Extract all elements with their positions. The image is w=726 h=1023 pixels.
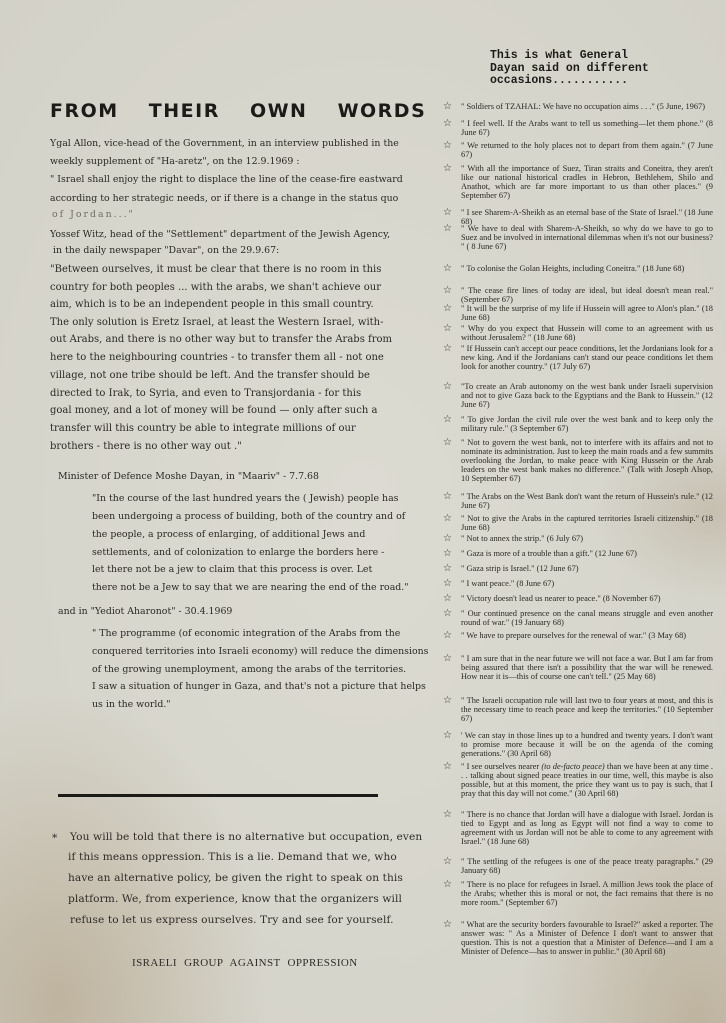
quote-text: " If Hussein can't accept our peace cond… — [461, 344, 713, 371]
quote-item: ☆" We have to prepare ourselves for the … — [443, 631, 718, 641]
dayan-yediot-quote-line: conquered territories into Israeli econo… — [92, 646, 428, 657]
star-icon: ☆ — [443, 880, 461, 907]
weitz-quote-line: out Arabs, and there is no other way but… — [50, 334, 392, 345]
dayan-maariv-quote-line: "In the course of the last hundred years… — [92, 493, 398, 504]
footnote-line: have an alternative policy, be given the… — [68, 872, 403, 884]
quote-item: ☆" It will be the surprise of my life if… — [443, 304, 718, 322]
quote-text: " It will be the surprise of my life if … — [461, 304, 713, 322]
star-icon: ☆ — [443, 564, 461, 574]
quote-text: " Not to govern the west bank, not to in… — [461, 438, 713, 483]
quote-item: ☆" The Israeli occupation rule will last… — [443, 696, 718, 723]
star-icon: ☆ — [443, 164, 461, 200]
quote-text: " What are the security borders favourab… — [461, 920, 713, 956]
star-icon: ☆ — [443, 382, 461, 409]
weitz-intro-line: Yossef Witz, head of the "Settlement" de… — [50, 229, 390, 240]
star-icon: ☆ — [443, 920, 461, 956]
weitz-quote-line: here to the neighbouring countries - to … — [50, 352, 384, 363]
footnote-marker: * — [52, 832, 57, 844]
quote-item: ☆" The cease fire lines of today are ide… — [443, 286, 718, 304]
quote-item: ☆" Gaza strip is Israel." (12 June 67) — [443, 564, 718, 574]
quote-item: ☆" There is no chance that Jordan will h… — [443, 810, 718, 846]
dayan-yediot-quote-line: of the growing unemployment, among the a… — [92, 664, 406, 675]
star-icon: ☆ — [443, 286, 461, 304]
dayan-yediot-quote-line: " The programme (of economic integration… — [92, 628, 400, 639]
quote-item: ☆" Not to annex the strip." (6 July 67) — [443, 534, 718, 544]
dayan-yediot-quote-line: us in the world." — [92, 699, 171, 710]
dayan-maariv-quote-line: settlements, and of colonization to enla… — [92, 547, 384, 558]
quote-text: " To colonise the Golan Heights, includi… — [461, 264, 713, 274]
quote-text: " I see ourselves nearer (to de-facto pe… — [461, 762, 713, 798]
star-icon: ☆ — [443, 492, 461, 510]
dayan-maariv-quote-line: there not be a Jew to say that we are ne… — [92, 582, 409, 593]
quote-text: " I feel well. If the Arabs want to tell… — [461, 119, 713, 137]
quote-item: ☆" We have to deal with Sharem-A-Sheikh,… — [443, 224, 718, 251]
weitz-quote-line: goal money, and a lot of money will be f… — [50, 405, 377, 416]
quote-text: " With all the importance of Suez, Tiran… — [461, 164, 713, 200]
quote-item: ☆" I want peace." (8 June 67) — [443, 579, 718, 589]
dayan-maariv-quote-line: the people, a process of enlarging, of a… — [92, 529, 365, 540]
footnote-line: refuse to let us express ourselves. Try … — [70, 914, 394, 926]
quote-item: ☆" With all the importance of Suez, Tira… — [443, 164, 718, 200]
page-title: FROM THEIR OWN WORDS — [50, 100, 426, 122]
quote-text: " There is no chance that Jordan will ha… — [461, 810, 713, 846]
dayan-maariv-intro: Minister of Defence Moshe Dayan, in "Maa… — [58, 471, 319, 482]
allon-quote-line: " Israel shall enjoy the right to displa… — [50, 174, 403, 185]
quote-item: ☆" Soldiers of TZAHAL: We have no occupa… — [443, 102, 718, 112]
dayan-maariv-quote-line: let there not be a jew to claim that thi… — [92, 564, 372, 575]
quote-text: " I am sure that in the near future we w… — [461, 654, 713, 681]
quote-text: " The Israeli occupation rule will last … — [461, 696, 713, 723]
star-icon: ☆ — [443, 549, 461, 559]
quote-item: ☆" Gaza is more of a trouble than a gift… — [443, 549, 718, 559]
quote-item: ☆" I am sure that in the near future we … — [443, 654, 718, 681]
star-icon: ☆ — [443, 696, 461, 723]
quote-text: " Soldiers of TZAHAL: We have no occupat… — [461, 102, 713, 112]
quote-item: ☆" The settling of the refugees is one o… — [443, 857, 718, 875]
star-icon: ☆ — [443, 324, 461, 342]
star-icon: ☆ — [443, 344, 461, 371]
quote-text: ' We can stay in those lines up to a hun… — [461, 731, 713, 758]
star-icon: ☆ — [443, 857, 461, 875]
star-icon: ☆ — [443, 119, 461, 137]
weitz-quote-line: aim, which is to be an independent peopl… — [50, 299, 374, 310]
star-icon: ☆ — [443, 304, 461, 322]
weitz-intro-line: in the daily newspaper "Davar", on the 2… — [53, 245, 279, 256]
star-icon: ☆ — [443, 102, 461, 112]
quote-item: ☆" Why do you expect that Hussein will c… — [443, 324, 718, 342]
weitz-quote-line: brothers - there is no other way out ." — [50, 441, 242, 452]
quote-text: " We have to prepare ourselves for the r… — [461, 631, 713, 641]
quote-text: " I want peace." (8 June 67) — [461, 579, 713, 589]
footnote-line: if this means oppression. This is a lie.… — [68, 851, 397, 863]
quote-text: " Gaza strip is Israel." (12 June 67) — [461, 564, 713, 574]
quote-text: " Our continued presence on the canal me… — [461, 609, 713, 627]
quote-item: ☆" To colonise the Golan Heights, includ… — [443, 264, 718, 274]
right-heading-line: This is what General — [490, 50, 690, 63]
quote-item: ☆" I see ourselves nearer (to de-facto p… — [443, 762, 718, 798]
quote-text: " Why do you expect that Hussein will co… — [461, 324, 713, 342]
quote-text: " To give Jordan the civil rule over the… — [461, 415, 713, 433]
quote-item: ☆" There is no place for refugees in Isr… — [443, 880, 718, 907]
quote-text: " Victory doesn't lead us nearer to peac… — [461, 594, 713, 604]
quote-item: ☆" What are the security borders favoura… — [443, 920, 718, 956]
quote-text: " The cease fire lines of today are idea… — [461, 286, 713, 304]
quote-item: ☆" Not to govern the west bank, not to i… — [443, 438, 718, 483]
quote-item: ☆" The Arabs on the West Bank don't want… — [443, 492, 718, 510]
star-icon: ☆ — [443, 415, 461, 433]
quote-text: " Not to give the Arabs in the captured … — [461, 514, 713, 532]
quote-text: " Gaza is more of a trouble than a gift.… — [461, 549, 713, 559]
quote-text: " The Arabs on the West Bank don't want … — [461, 492, 713, 510]
quote-text: "To create an Arab autonomy on the west … — [461, 382, 713, 409]
star-icon: ☆ — [443, 810, 461, 846]
weitz-quote-line: directed to Irak, to Syria, and even to … — [50, 388, 361, 399]
dayan-maariv-quote-line: been undergoing a process of building, b… — [92, 511, 405, 522]
quote-text: " Not to annex the strip." (6 July 67) — [461, 534, 713, 544]
quote-item: ☆" Victory doesn't lead us nearer to pea… — [443, 594, 718, 604]
right-heading: This is what General Dayan said on diffe… — [490, 50, 690, 88]
signature: ISRAELI GROUP AGAINST OPPRESSION — [132, 957, 358, 969]
weitz-quote-line: The only solution is Eretz Israel, at le… — [50, 317, 383, 328]
allon-quote-line: according to her strategic needs, or if … — [50, 193, 398, 204]
section-divider — [58, 794, 378, 797]
allon-intro-line: Ygal Allon, vice-head of the Government,… — [50, 138, 399, 149]
star-icon: ☆ — [443, 609, 461, 627]
quote-text: " The settling of the refugees is one of… — [461, 857, 713, 875]
quote-text: " There is no place for refugees in Isra… — [461, 880, 713, 907]
quote-item: ☆" We returned to the holy places not to… — [443, 141, 718, 159]
star-icon: ☆ — [443, 224, 461, 251]
star-icon: ☆ — [443, 631, 461, 641]
star-icon: ☆ — [443, 731, 461, 758]
quote-item: ☆" Not to give the Arabs in the captured… — [443, 514, 718, 532]
weitz-quote-line: country for both peoples ... with the ar… — [50, 282, 381, 293]
quote-item: ☆" I feel well. If the Arabs want to tel… — [443, 119, 718, 137]
star-icon: ☆ — [443, 534, 461, 544]
quote-text: " We returned to the holy places not to … — [461, 141, 713, 159]
star-icon: ☆ — [443, 438, 461, 483]
quote-text: " We have to deal with Sharem-A-Sheikh, … — [461, 224, 713, 251]
dayan-yediot-quote-line: I saw a situation of hunger in Gaza, and… — [92, 681, 426, 692]
allon-quote-line: of Jordan..." — [52, 209, 135, 220]
quote-item: ☆"To create an Arab autonomy on the west… — [443, 382, 718, 409]
star-icon: ☆ — [443, 579, 461, 589]
dayan-yediot-intro: and in "Yediot Aharonot" - 30.4.1969 — [58, 606, 232, 617]
footnote-line: platform. We, from experience, know that… — [68, 893, 402, 905]
star-icon: ☆ — [443, 654, 461, 681]
weitz-quote-line: "Between ourselves, it must be clear tha… — [50, 264, 381, 275]
star-icon: ☆ — [443, 762, 461, 798]
quote-italic: (to de-facto peace) — [541, 762, 604, 771]
star-icon: ☆ — [443, 264, 461, 274]
weitz-quote-line: transfer will this country be able to in… — [50, 423, 356, 434]
star-icon: ☆ — [443, 141, 461, 159]
weitz-quote-line: village, not one tribe should be left. A… — [50, 370, 370, 381]
star-icon: ☆ — [443, 594, 461, 604]
quote-item: ☆' We can stay in those lines up to a hu… — [443, 731, 718, 758]
star-icon: ☆ — [443, 514, 461, 532]
quote-item: ☆" If Hussein can't accept our peace con… — [443, 344, 718, 371]
right-heading-line: occasions........... — [490, 75, 690, 88]
footnote-line: You will be told that there is no altern… — [70, 831, 422, 843]
allon-intro-line: weekly supplement of "Ha-aretz", on the … — [50, 156, 299, 167]
quote-item: ☆" Our continued presence on the canal m… — [443, 609, 718, 627]
quote-item: ☆" To give Jordan the civil rule over th… — [443, 415, 718, 433]
